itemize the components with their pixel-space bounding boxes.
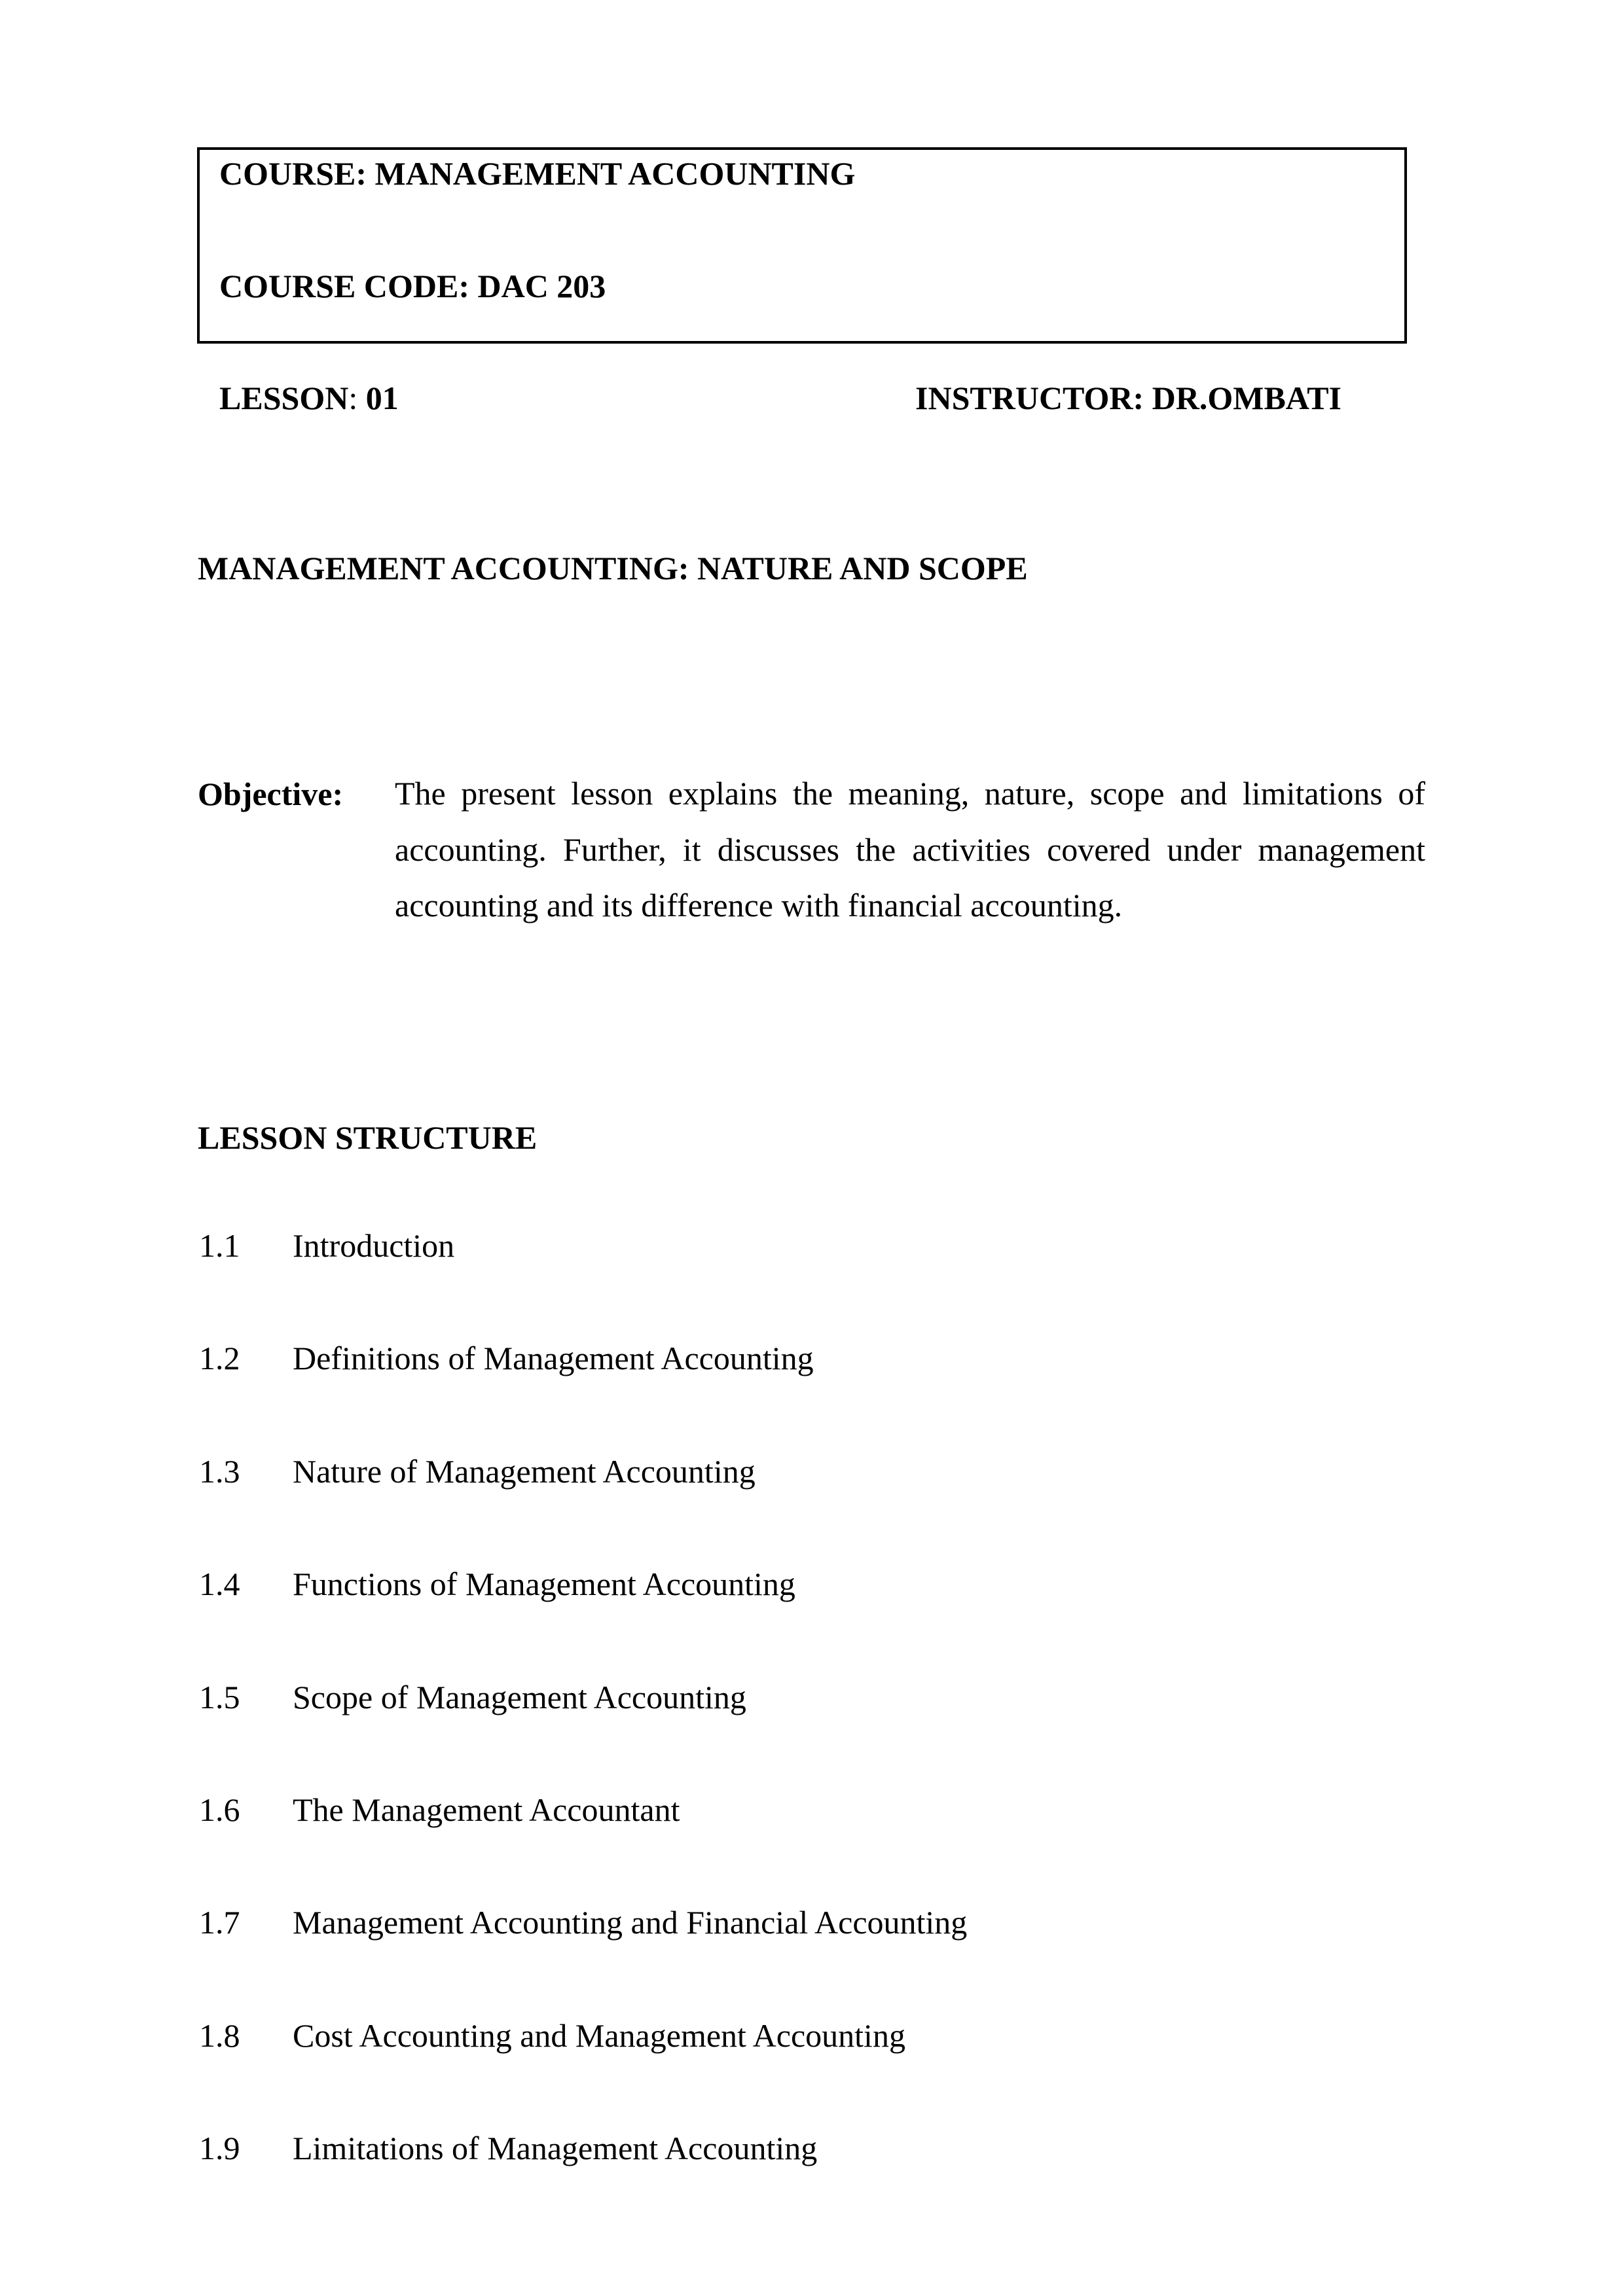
structure-item-number: 1.2 [199, 1342, 240, 1374]
objective-label: Objective: [198, 778, 343, 810]
objective-text: The present lesson explains the meaning,… [395, 766, 1425, 934]
course-code: COURSE CODE: DAC 203 [219, 270, 606, 302]
lesson-structure-heading: LESSON STRUCTURE [198, 1121, 537, 1154]
lesson-key: LESSON [219, 380, 348, 416]
structure-item-number: 1.7 [199, 1906, 240, 1939]
structure-item-number: 1.4 [199, 1568, 240, 1600]
structure-item-number: 1.9 [199, 2132, 240, 2164]
lesson-separator: : [348, 380, 365, 416]
structure-item-label: Nature of Management Accounting [293, 1455, 756, 1488]
course-name: COURSE: MANAGEMENT ACCOUNTING [219, 157, 855, 190]
structure-item-label: Introduction [293, 1229, 454, 1262]
structure-item-label: The Management Accountant [293, 1793, 680, 1826]
lesson-number: LESSON: 01 [219, 382, 399, 414]
structure-item-number: 1.3 [199, 1455, 240, 1488]
structure-item-number: 1.5 [199, 1681, 240, 1713]
structure-item-number: 1.1 [199, 1229, 240, 1262]
structure-item-label: Cost Accounting and Management Accountin… [293, 2019, 905, 2052]
structure-item-label: Definitions of Management Accounting [293, 1342, 814, 1374]
lesson-title: MANAGEMENT ACCOUNTING: NATURE AND SCOPE [198, 552, 1028, 584]
structure-item-label: Functions of Management Accounting [293, 1568, 795, 1600]
instructor-name: INSTRUCTOR: DR.OMBATI [915, 382, 1341, 414]
structure-item-label: Management Accounting and Financial Acco… [293, 1906, 967, 1939]
structure-item-label: Limitations of Management Accounting [293, 2132, 817, 2164]
lesson-value: 01 [366, 380, 399, 416]
structure-item-label: Scope of Management Accounting [293, 1681, 746, 1713]
structure-item-number: 1.6 [199, 1793, 240, 1826]
structure-item-number: 1.8 [199, 2019, 240, 2052]
